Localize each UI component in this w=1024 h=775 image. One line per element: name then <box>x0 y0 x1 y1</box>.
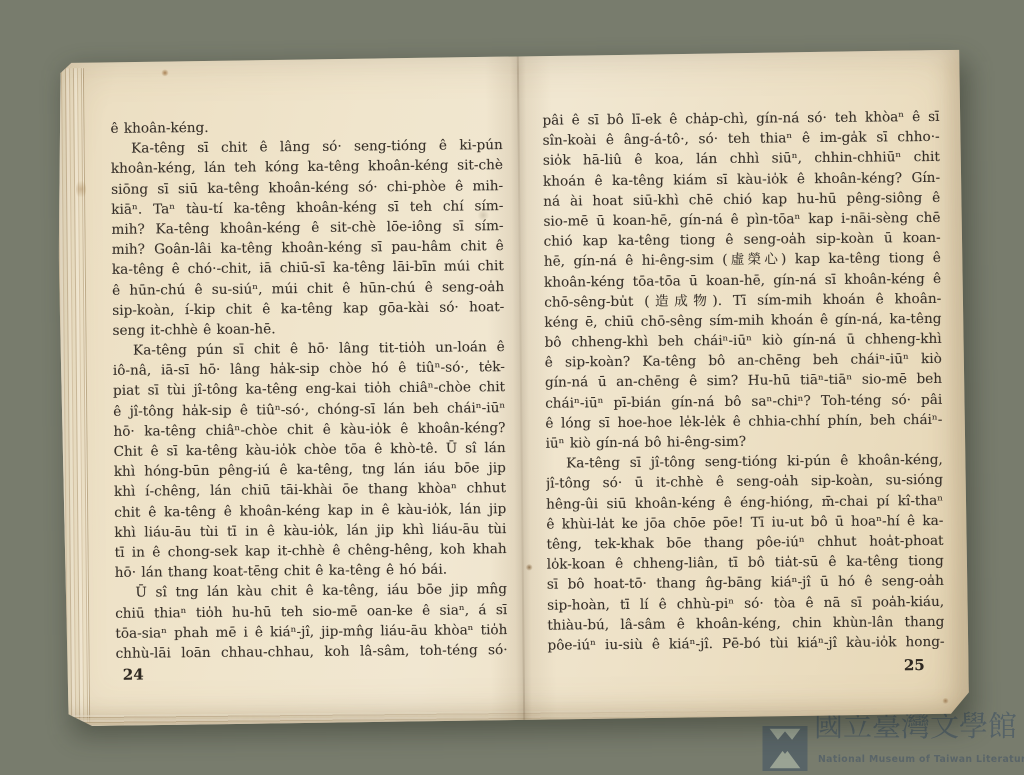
nmtl-logo-icon <box>762 726 808 771</box>
text-line: sip-koàn, í-kip chit ê ka-têng kap gōa-k… <box>112 297 504 321</box>
right-page-text-column: pâi ê sī bô lī-ek ê cha̍p-chì, gín-ná só… <box>542 107 944 656</box>
text-line: pôe-iúⁿ iu-siù ê kiáⁿ-jî. Pē-bó tùi kiáⁿ… <box>547 632 944 656</box>
text-line: tī in ê chong-sek kap it-chhè ê chêng-hê… <box>114 539 506 563</box>
text-line: chhù-lāi loān chhau-chhau, koh lâ-sâm, t… <box>115 640 507 664</box>
book-spread: ê khoân-kéng. Ka-têng sī chit ê lâng só·… <box>57 50 969 727</box>
stain-spot <box>942 698 949 704</box>
watermark-subtitle: National Museum of Taiwan Literature <box>818 754 1024 765</box>
page-edge-stack <box>57 68 90 722</box>
left-page-text-column: ê khoân-kéng. Ka-têng sī chit ê lâng só·… <box>110 115 507 664</box>
photo-background: { "background_color": "#787c6d", "book":… <box>0 0 1024 775</box>
text-line: ê lóng sī hoe-hoe le̍k-le̍k ê chhia-chhí… <box>545 410 942 434</box>
stain-spot <box>161 69 169 76</box>
left-page-number: 24 <box>123 666 144 684</box>
right-page-number: 25 <box>548 656 949 678</box>
